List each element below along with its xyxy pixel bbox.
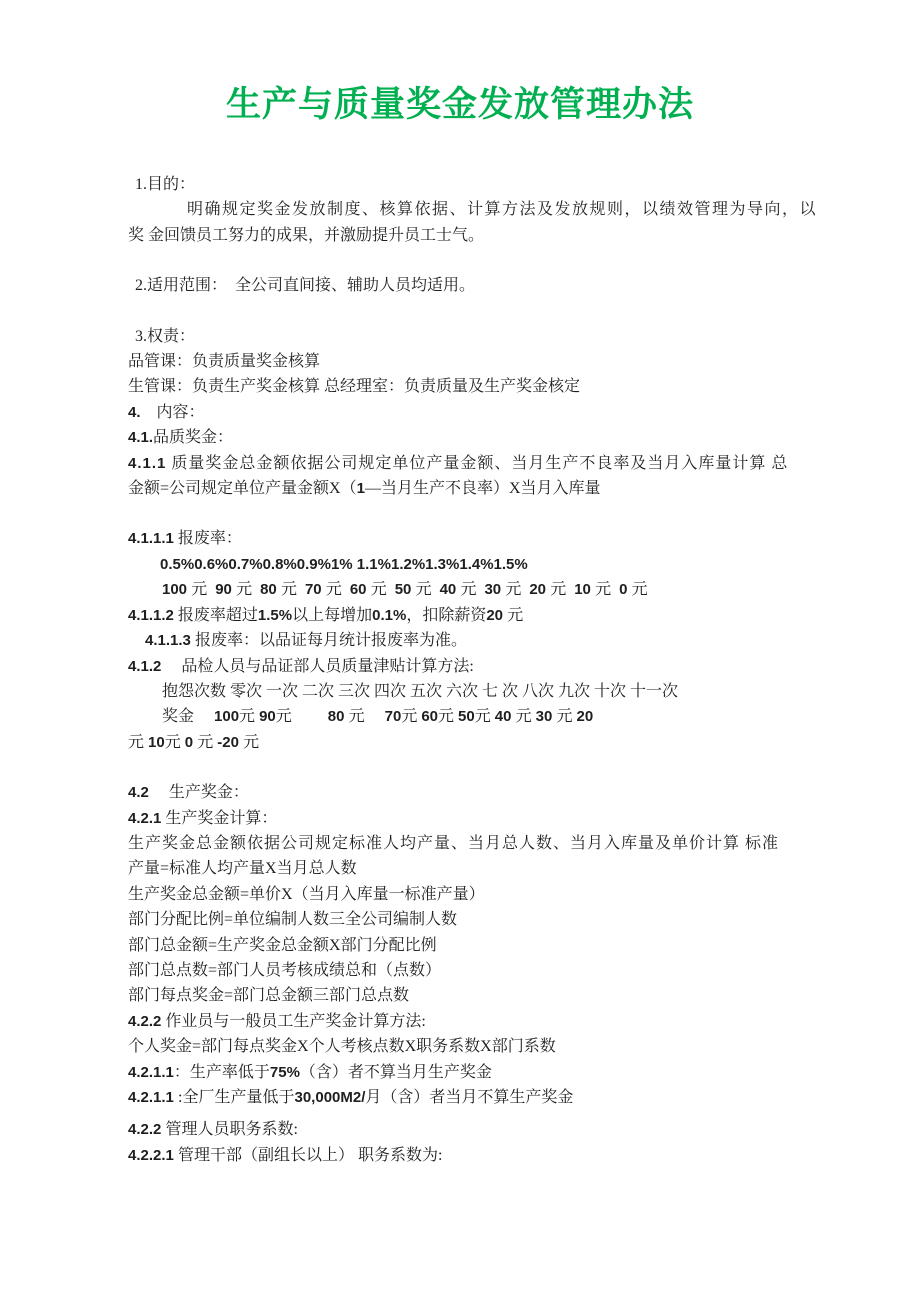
- text-run: 生产奖金总金额=单价X（当月入库量一标准产量）: [128, 886, 485, 903]
- text-run: 元: [281, 581, 305, 598]
- quality-bonus-rule-1-cont: 金额=公司规定单位产量金额X（1—当月生产不良率）X当月入库量: [128, 476, 900, 501]
- text-run: 元: [239, 708, 259, 725]
- document-title: 生产与质量奖金发放管理办法: [0, 84, 920, 126]
- numeric-run: 4.2.1: [128, 810, 161, 827]
- production-calc-5: 部门总金额=生产奖金总金额X部门分配比例: [128, 933, 900, 958]
- numeric-run: 90: [215, 581, 236, 598]
- production-bonus-heading: 4.2 生产奖金：: [128, 780, 900, 805]
- numeric-run: 4.2.2: [128, 1013, 161, 1030]
- text-run: 管理人员职务系数:: [166, 1121, 298, 1138]
- document-page: 生产与质量奖金发放管理办法 1.目的：明确规定奖金发放制度、核算依据、计算方法及…: [0, 0, 920, 1302]
- complaint-times-row: 抱怨次数 零次 一次 二次 三次 四次 五次 六次 七 次 八次 九次 十次 十…: [128, 679, 900, 704]
- numeric-run: 50: [395, 581, 416, 598]
- worker-bonus-heading: 4.2.2 作业员与一般员工生产奖金计算方法:: [128, 1009, 900, 1034]
- text-run: 元: [191, 581, 215, 598]
- text-run: 元: [516, 708, 536, 725]
- text-run: 报废率：: [174, 530, 242, 547]
- text-run: ，扣除薪资: [406, 607, 486, 624]
- text-run: 以上每增加: [292, 607, 372, 624]
- text-run: 奖金: [162, 708, 214, 725]
- text-run: 元: [550, 581, 574, 598]
- numeric-run: 50: [458, 708, 475, 725]
- production-volume-rule: 4.2.1.1 :全厂生产量低于30,000M2/月（含）者当月不算生产奖金: [128, 1085, 900, 1110]
- quality-bonus-rule-1: 4.1.1 质量奖金总金额依据公司规定单位产量金额、当月生产不良率及当月入库量计…: [128, 451, 900, 476]
- text-run: ：生产率低于: [174, 1064, 270, 1081]
- text-run: 生管课：负责生产奖金核算 总经理室：负责质量及生产奖金核定: [128, 378, 580, 395]
- numeric-run: 0: [185, 734, 198, 751]
- text-run: 明确规定奖金发放制度、核算依据、计算方法及发放规则，以绩效管理为导向，以: [187, 201, 817, 218]
- text-run: 2.适用范围： 全公司直间接、辅助人员均适用。: [135, 277, 475, 294]
- numeric-run: 0.1%: [372, 607, 406, 624]
- production-calc-4: 部门分配比例=单位编制人数三全公司编制人数: [128, 907, 900, 932]
- purpose-body-1: 明确规定奖金发放制度、核算依据、计算方法及发放规则，以绩效管理为导向，以: [128, 197, 900, 222]
- text-run: 月（含）者当月不算生产奖金: [365, 1089, 573, 1106]
- production-calc-2: 产量=标准人均产量X当月总人数: [128, 856, 900, 881]
- numeric-run: 75%: [270, 1064, 300, 1081]
- management-coefficient-heading: 4.2.2 管理人员职务系数:: [128, 1117, 900, 1142]
- text-run: 内容：: [141, 404, 205, 421]
- production-bonus-calc-heading: 4.2.1 生产奖金计算：: [128, 806, 900, 831]
- numeric-run: 30: [536, 708, 557, 725]
- text-run: 1.目的：: [135, 176, 195, 193]
- numeric-run: 20: [577, 708, 594, 725]
- numeric-run: 1: [357, 480, 365, 497]
- text-run: 3.权责：: [135, 328, 195, 345]
- text-run: 部门总金额=生产奖金总金额X部门分配比例: [128, 937, 437, 954]
- document-body: 1.目的：明确规定奖金发放制度、核算依据、计算方法及发放规则，以绩效管理为导向，…: [0, 172, 920, 1168]
- text-run: 抱怨次数 零次 一次 二次 三次 四次 五次 六次 七 次 八次 九次 十次 十…: [162, 683, 678, 700]
- text-run: 金额=公司规定单位产量金额X（: [128, 480, 357, 497]
- production-calc-3: 生产奖金总金额=单价X（当月入库量一标准产量）: [128, 882, 900, 907]
- text-run: 奖 金回馈员工努力的成果，并激励提升员工士气。: [128, 227, 484, 244]
- numeric-run: 0.5%0.6%0.7%0.8%0.9%1% 1.1%1.2%1.3%1.4%1…: [160, 556, 528, 573]
- text-run: 部门每点奖金=部门总金额三部门总点数: [128, 987, 409, 1004]
- text-run: 元: [371, 581, 395, 598]
- numeric-run: 4.1.1.3: [145, 632, 195, 649]
- purpose-heading: 1.目的：: [128, 172, 900, 197]
- scrap-rate-amount-row: 100 元 90 元 80 元 70 元 60 元 50 元 40 元 30 元…: [128, 577, 900, 602]
- text-run: :全厂生产量低于: [178, 1089, 294, 1106]
- numeric-run: 70: [305, 581, 326, 598]
- text-run: 元: [197, 734, 217, 751]
- numeric-run: 20: [486, 607, 507, 624]
- responsibility-production-dept: 生管课：负责生产奖金核算 总经理室：负责质量及生产奖金核定: [128, 374, 900, 399]
- numeric-run: 30,000M2/: [295, 1089, 366, 1106]
- text-run: 元: [165, 734, 185, 751]
- text-run: 生产奖金计算：: [161, 810, 277, 827]
- scope-heading: 2.适用范围： 全公司直间接、辅助人员均适用。: [128, 273, 900, 298]
- text-run: 元: [438, 708, 458, 725]
- numeric-run: 60: [421, 708, 438, 725]
- text-run: 元: [595, 581, 619, 598]
- numeric-run: 80: [260, 581, 281, 598]
- numeric-run: 4.1.1: [128, 455, 166, 472]
- text-run: 元: [507, 607, 523, 624]
- numeric-run: 30: [484, 581, 505, 598]
- numeric-run: -20: [217, 734, 243, 751]
- responsibility-quality-dept: 品管课：负责质量奖金核算: [128, 349, 900, 374]
- text-run: 元: [236, 581, 260, 598]
- complaint-bonus-row-cont: 元 10元 0 元 -20 元: [128, 730, 900, 755]
- quality-allowance-heading: 4.1.2 品检人员与品证部人员质量津贴计算方法:: [128, 654, 900, 679]
- text-run: 部门分配比例=单位编制人数三全公司编制人数: [128, 911, 457, 928]
- text-run: 元: [475, 708, 495, 725]
- text-run: 元: [416, 581, 440, 598]
- production-calc-1: 生产奖金总金额依据公司规定标准人均产量、当月总人数、当月入库量及单价计算 标准: [128, 831, 900, 856]
- numeric-run: 40: [495, 708, 516, 725]
- numeric-run: 4.2.2: [128, 1121, 166, 1138]
- numeric-run: 4.1.2: [128, 658, 161, 675]
- quality-bonus-heading: 4.1.品质奖金：: [128, 425, 900, 450]
- numeric-run: 90: [259, 708, 276, 725]
- text-run: 元: [632, 581, 648, 598]
- production-rate-rule: 4.2.1.1：生产率低于75%（含）者不算当月生产奖金: [128, 1060, 900, 1085]
- numeric-run: 4.2.1.1: [128, 1064, 174, 1081]
- text-run: 报废率：以品证每月统计报废率为准。: [195, 632, 467, 649]
- numeric-run: 100: [162, 581, 191, 598]
- text-run: 报废率超过: [174, 607, 258, 624]
- production-calc-6: 部门总点数=部门人员考核成绩总和（点数）: [128, 958, 900, 983]
- numeric-run: 80: [328, 708, 349, 725]
- text-run: 生产奖金总金额依据公司规定标准人均产量、当月总人数、当月入库量及单价计算 标准: [128, 835, 779, 852]
- numeric-run: 0: [619, 581, 632, 598]
- numeric-run: 4.2.2.1: [128, 1147, 178, 1164]
- text-run: 管理干部（副组长以上） 职务系数为:: [178, 1147, 442, 1164]
- text-run: 品质奖金：: [153, 429, 233, 446]
- numeric-run: 20: [529, 581, 550, 598]
- numeric-run: 60: [350, 581, 371, 598]
- content-heading: 4. 内容：: [128, 400, 900, 425]
- text-run: 质量奖金总金额依据公司规定单位产量金额、当月生产不良率及当月入库量计算 总: [166, 455, 788, 472]
- text-run: （含）者不算当月生产奖金: [300, 1064, 492, 1081]
- management-cadre-coefficient: 4.2.2.1 管理干部（副组长以上） 职务系数为:: [128, 1143, 900, 1168]
- numeric-run: 100: [214, 708, 239, 725]
- numeric-run: 4.2: [128, 784, 149, 801]
- responsibility-heading: 3.权责：: [128, 324, 900, 349]
- numeric-run: 4.2.1.1: [128, 1089, 178, 1106]
- text-run: 元: [505, 581, 529, 598]
- text-run: 元: [276, 708, 328, 725]
- numeric-run: 1.5%: [258, 607, 292, 624]
- scrap-rate-percent-row: 0.5%0.6%0.7%0.8%0.9%1% 1.1%1.2%1.3%1.4%1…: [128, 552, 900, 577]
- production-calc-7: 部门每点奖金=部门总金额三部门总点数: [128, 983, 900, 1008]
- scrap-rate-rule-2: 4.1.1.2 报废率超过1.5%以上每增加0.1%，扣除薪资20 元: [128, 603, 900, 628]
- text-run: 品管课：负责质量奖金核算: [128, 353, 320, 370]
- text-run: 元: [326, 581, 350, 598]
- complaint-bonus-row: 奖金 100元 90元 80 元 70元 60元 50元 40 元 30 元 2…: [128, 704, 900, 729]
- text-run: 部门总点数=部门人员考核成绩总和（点数）: [128, 962, 441, 979]
- numeric-run: 10: [148, 734, 165, 751]
- text-run: 个人奖金=部门每点奖金X个人考核点数X职务系数X部门系数: [128, 1038, 556, 1055]
- scrap-rate-heading: 4.1.1.1 报废率：: [128, 526, 900, 551]
- text-run: 元: [128, 734, 148, 751]
- text-run: 元: [401, 708, 421, 725]
- scrap-rate-rule-3: 4.1.1.3 报废率：以品证每月统计报废率为准。: [128, 628, 900, 653]
- numeric-run: 10: [574, 581, 595, 598]
- numeric-run: 70: [385, 708, 402, 725]
- text-run: 元: [349, 708, 385, 725]
- numeric-run: 4.1.1.2: [128, 607, 174, 624]
- purpose-body-2: 奖 金回馈员工努力的成果，并激励提升员工士气。: [128, 223, 900, 248]
- individual-bonus-formula: 个人奖金=部门每点奖金X个人考核点数X职务系数X部门系数: [128, 1034, 900, 1059]
- text-run: 作业员与一般员工生产奖金计算方法:: [161, 1013, 425, 1030]
- numeric-run: 4.: [128, 404, 141, 421]
- text-run: 元: [243, 734, 259, 751]
- text-run: 生产奖金：: [149, 784, 249, 801]
- text-run: 元: [556, 708, 576, 725]
- numeric-run: 4.1.: [128, 429, 153, 446]
- text-run: 品检人员与品证部人员质量津贴计算方法:: [161, 658, 473, 675]
- text-run: 元: [460, 581, 484, 598]
- numeric-run: 4.1.1.1: [128, 530, 174, 547]
- text-run: —当月生产不良率）X当月入库量: [365, 480, 601, 497]
- numeric-run: 40: [440, 581, 461, 598]
- text-run: 产量=标准人均产量X当月总人数: [128, 860, 357, 877]
